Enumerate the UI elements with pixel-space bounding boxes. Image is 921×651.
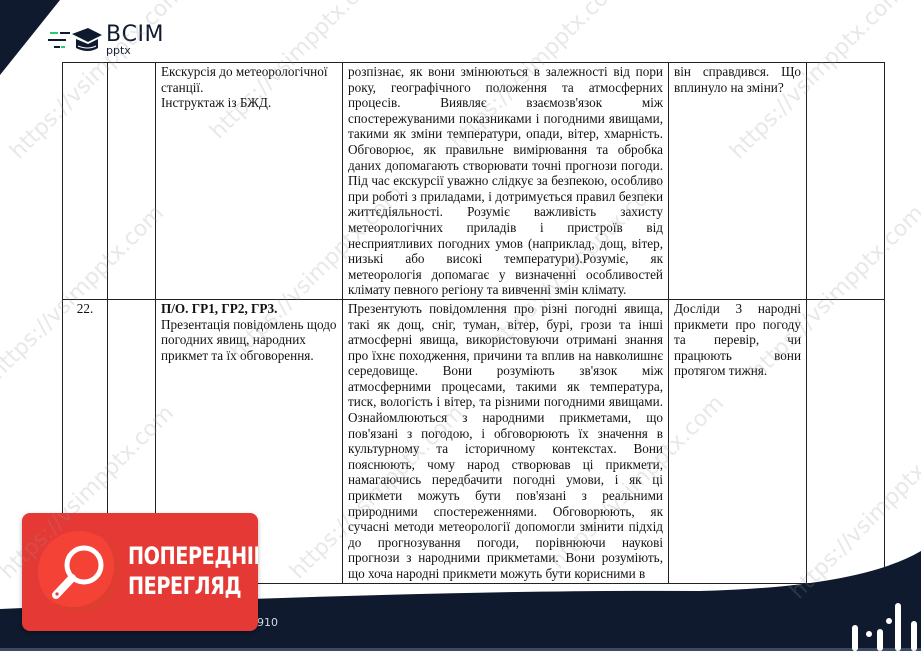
row-notes — [807, 63, 885, 300]
badge-line1: ПОПЕРЕДНІЙ — [128, 541, 258, 571]
row-number — [63, 63, 108, 300]
brand-title: ВСІМ — [106, 24, 164, 46]
row-outcomes: розпізнає, як вони змінюються в залежнос… — [343, 63, 669, 300]
activity-text: Презентація повідомлень щодо погодних яв… — [161, 317, 337, 364]
row-col2 — [108, 63, 156, 300]
row-homework: він справдився. Що вплинуло на зміни? — [669, 63, 807, 300]
brand-logo[interactable]: ВСІМ pptx — [48, 24, 164, 56]
preview-badge[interactable]: ПОПЕРЕДНІЙ ПЕРЕГЛЯД — [22, 513, 258, 631]
magnifier-icon — [38, 531, 120, 613]
activity-title: П/О. ГР1, ГР2, ГР3. — [161, 301, 337, 317]
table-row: Екскурсія до метеорологічної станції. Ін… — [63, 63, 885, 300]
activity-text: Екскурсія до метеорологічної станції. Ін… — [161, 64, 328, 110]
badge-circle — [38, 531, 120, 613]
footer-page-number: 910 — [257, 616, 278, 629]
lesson-plan-table: Екскурсія до метеорологічної станції. Ін… — [62, 62, 885, 584]
graduation-cap-icon — [48, 26, 104, 54]
row-activity: Екскурсія до метеорологічної станції. Ін… — [156, 63, 343, 300]
badge-line2: ПЕРЕГЛЯД — [128, 571, 258, 601]
